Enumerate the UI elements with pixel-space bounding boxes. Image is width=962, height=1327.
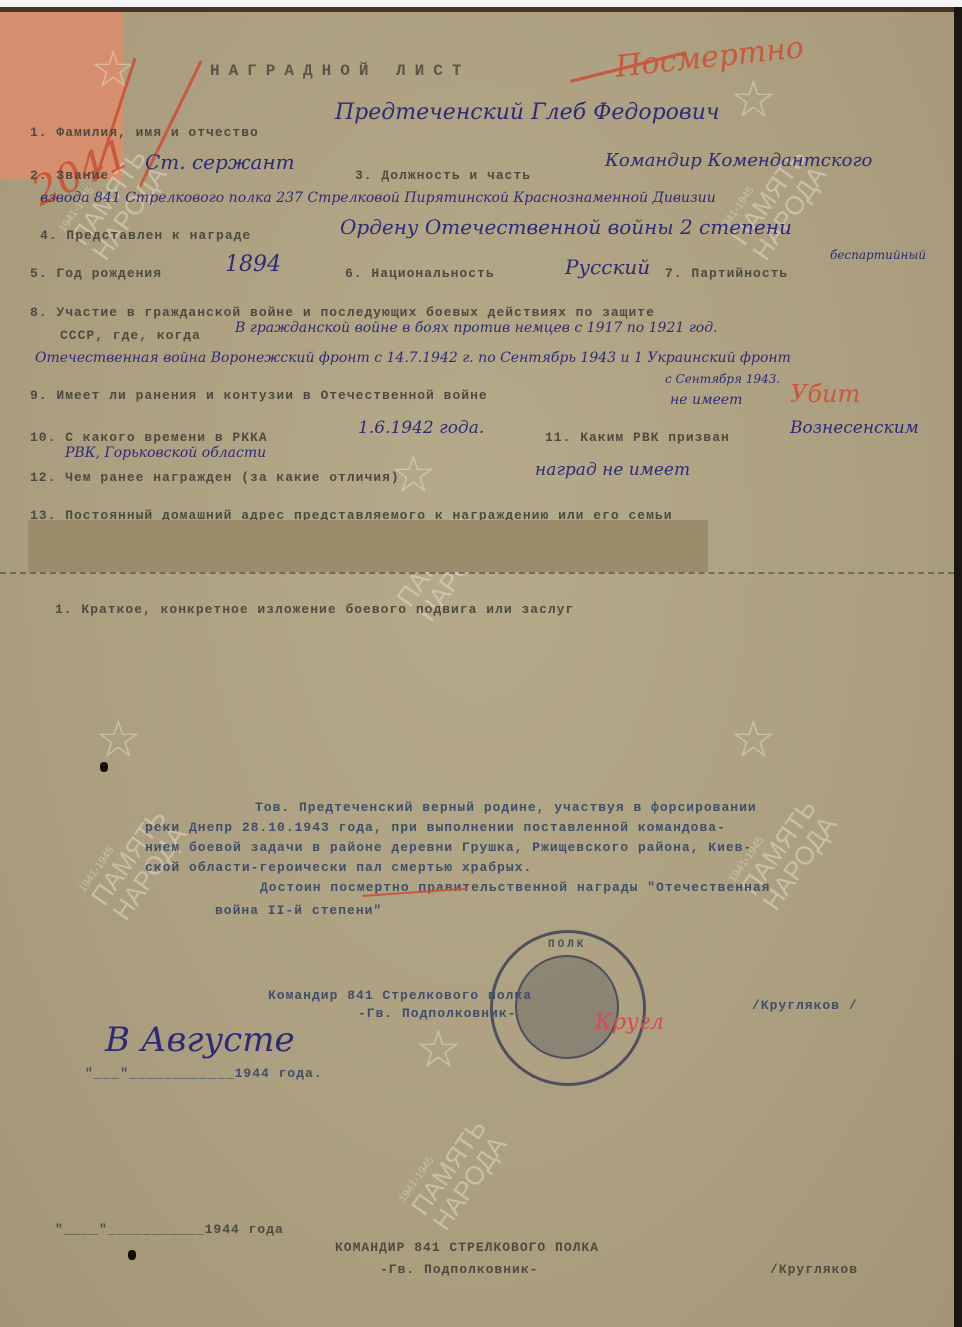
paper-hole bbox=[100, 762, 108, 772]
date-handwritten: В Августе bbox=[105, 1020, 295, 1060]
signer-1-name: /Кругляков / bbox=[752, 998, 858, 1013]
field-12-label: 12. Чем ранее награжден (за какие отличи… bbox=[30, 470, 400, 485]
field-5-value: 1894 bbox=[225, 252, 281, 277]
field-10-label: 10. С какого времени в РККА bbox=[30, 430, 268, 445]
narrative-line: реки Днепр 28.10.1943 года, при выполнен… bbox=[145, 820, 726, 835]
field-8-value-line3: с Сентября 1943. bbox=[665, 372, 780, 386]
page-top-edge bbox=[0, 7, 954, 12]
redacted-address-block bbox=[28, 520, 708, 572]
field-12-value: наград не имеет bbox=[535, 460, 690, 480]
field-2-value: Ст. сержант bbox=[145, 150, 295, 174]
signer-1-position: Командир 841 Стрелкового полка bbox=[268, 988, 532, 1003]
field-6-value: Русский bbox=[565, 255, 650, 279]
field-4-label: 4. Представлен к награде bbox=[40, 228, 251, 243]
field-11-value-line2: РВК, Горьковской области bbox=[65, 445, 266, 461]
field-9-red-note: Убит bbox=[790, 380, 860, 408]
watermark-star-icon: ☆ bbox=[730, 70, 777, 130]
field-10-value: 1.6.1942 года. bbox=[358, 418, 484, 438]
narrative-line: нием боевой задачи в районе деревни Груш… bbox=[145, 840, 752, 855]
field-8-label-line2: СССР, где, когда bbox=[60, 328, 201, 343]
field-8-value-line1: В гражданской войне в боях против немцев… bbox=[235, 320, 718, 336]
field-1-value: Предтеченский Глеб Федорович bbox=[335, 100, 720, 125]
section-divider bbox=[0, 572, 954, 574]
field-9-label: 9. Имеет ли ранения и контузии в Отечест… bbox=[30, 388, 488, 403]
field-11-label: 11. Каким РВК призван bbox=[545, 430, 730, 445]
field-3-value-line1: Командир Комендантского bbox=[605, 150, 872, 171]
watermark-star-icon: ☆ bbox=[95, 710, 142, 770]
field-11-value-line1: Вознесенским bbox=[790, 418, 919, 438]
page-right-edge bbox=[954, 7, 962, 1327]
document-title: НАГРАДНОЙ ЛИСТ bbox=[210, 62, 470, 80]
field-3-label: 3. Должность и часть bbox=[355, 168, 531, 183]
narrative-line: Тов. Предтеченский верный родине, участв… bbox=[255, 800, 757, 815]
field-7-label: 7. Партийность bbox=[665, 266, 788, 281]
date-typed-1: "___"____________1944 года. bbox=[85, 1066, 323, 1081]
paper-hole bbox=[128, 1250, 136, 1260]
signer-2-rank: -Гв. Подполковник- bbox=[380, 1262, 538, 1277]
signer-2-position: КОМАНДИР 841 СТРЕЛКОВОГО ПОЛКА bbox=[335, 1240, 599, 1255]
watermark-star-icon: ☆ bbox=[730, 710, 777, 770]
seal-emblem-icon bbox=[515, 955, 619, 1059]
signer-2-name: /Кругляков bbox=[770, 1262, 858, 1277]
narrative-line: война II-й степени" bbox=[215, 903, 382, 918]
section-2-heading: 1. Краткое, конкретное изложение боевого… bbox=[55, 602, 574, 617]
field-1-label: 1. Фамилия, имя и отчество bbox=[30, 125, 259, 140]
field-6-label: 6. Национальность bbox=[345, 266, 495, 281]
watermark-star-icon: ☆ bbox=[415, 1020, 462, 1080]
field-7-value: беспартийный bbox=[830, 248, 926, 262]
field-5-label: 5. Год рождения bbox=[30, 266, 162, 281]
signer-1-signature: Кругл bbox=[595, 1010, 664, 1035]
field-8-value-line2: Отечественная война Воронежский фронт с … bbox=[35, 350, 791, 366]
field-2-label: 2. Звание bbox=[30, 168, 109, 183]
field-3-value-line2: взвода 841 Стрелкового полка 237 Стрелко… bbox=[40, 190, 716, 206]
field-4-value: Ордену Отечественной войны 2 степени bbox=[340, 215, 792, 239]
narrative-line: ской области-героически пал смертью храб… bbox=[145, 860, 532, 875]
field-8-label-line1: 8. Участие в гражданской войне и последу… bbox=[30, 305, 655, 320]
date-typed-2: "____"___________1944 года bbox=[55, 1222, 284, 1237]
signer-1-rank: -Гв. Подполковник- bbox=[358, 1006, 516, 1021]
field-9-value: не имеет bbox=[670, 392, 742, 408]
narrative-line: Достоин посмертно правительственной нагр… bbox=[260, 880, 770, 895]
